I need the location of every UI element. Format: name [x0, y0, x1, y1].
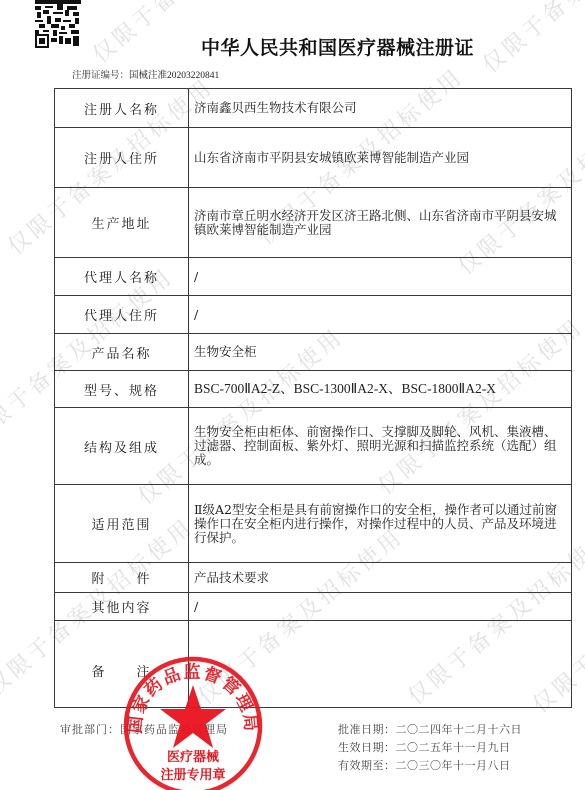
certificate-table: 注册人名称 济南鑫贝西生物技术有限公司 注册人住所 山东省济南市平阴县安城镇欧莱…: [54, 88, 572, 708]
field-label: 附 件: [55, 563, 189, 593]
field-label: 备 注: [55, 621, 189, 708]
field-label: 代理人住所: [55, 296, 189, 334]
field-value: /: [189, 593, 572, 621]
table-row: 附 件 产品技术要求: [55, 563, 572, 593]
document-title: 中华人民共和国医疗器械注册证: [0, 33, 585, 60]
registration-number-label: 注册证编号：: [72, 71, 129, 81]
table-row: 注册人名称 济南鑫贝西生物技术有限公司: [55, 89, 572, 128]
field-value: 生物安全柜: [189, 334, 572, 371]
table-row: 备 注: [55, 621, 572, 708]
effective-date: 生效日期：二〇二五年十一月九日: [338, 739, 522, 757]
date-block: 批准日期：二〇二四年十二月十六日 生效日期：二〇二五年十一月九日 有效期至：二〇…: [338, 721, 522, 775]
field-label: 其他内容: [55, 593, 189, 621]
field-value: 山东省济南市平阴县安城镇欧莱博智能制造产业园: [189, 128, 572, 188]
field-value: /: [189, 258, 572, 296]
field-value: [189, 621, 572, 708]
field-label: 型号、规格: [55, 371, 189, 408]
table-row: 结构及组成 生物安全柜由柜体、前窗操作口、支撑脚及脚轮、风机、集液槽、过滤器、控…: [55, 408, 572, 485]
table-row: 型号、规格 BSC-700ⅡA2-Z、BSC-1300ⅡA2-X、BSC-180…: [55, 371, 572, 408]
field-label: 代理人名称: [55, 258, 189, 296]
field-label: 结构及组成: [55, 408, 189, 485]
approval-department: 审批部门：国家药品监督管理局: [60, 721, 228, 737]
registration-number-value: 国械注准20203220841: [129, 71, 219, 81]
field-value: BSC-700ⅡA2-Z、BSC-1300ⅡA2-X、BSC-1800ⅡA2-X: [189, 371, 572, 408]
field-value: 产品技术要求: [189, 563, 572, 593]
field-label: 适用范围: [55, 485, 189, 563]
field-value: /: [189, 296, 572, 334]
seal-line-2: 注册专用章: [160, 767, 225, 783]
field-label: 生产地址: [55, 188, 189, 258]
field-label: 注册人名称: [55, 89, 189, 128]
table-row: 注册人住所 山东省济南市平阴县安城镇欧莱博智能制造产业园: [55, 128, 572, 188]
approval-date: 批准日期：二〇二四年十二月十六日: [338, 721, 522, 739]
field-value: 济南市章丘明水经济开发区济王路北侧、山东省济南市平阴县安城镇欧莱博智能制造产业园: [189, 188, 572, 258]
registration-number: 注册证编号：国械注准20203220841: [72, 67, 219, 81]
table-row: 产品名称 生物安全柜: [55, 334, 572, 371]
field-label: 产品名称: [55, 334, 189, 371]
field-value: 生物安全柜由柜体、前窗操作口、支撑脚及脚轮、风机、集液槽、过滤器、控制面板、紫外…: [189, 408, 572, 485]
table-row: 代理人名称 /: [55, 258, 572, 296]
table-row: 其他内容 /: [55, 593, 572, 621]
field-value: Ⅱ级A2型安全柜是具有前窗操作口的安全柜，操作者可以通过前窗操作口在安全柜内进行…: [189, 485, 572, 563]
field-label: 注册人住所: [55, 128, 189, 188]
expiry-date: 有效期至：二〇三〇年十一月八日: [338, 757, 522, 775]
seal-line-1: 医疗器械: [167, 749, 220, 765]
table-row: 适用范围 Ⅱ级A2型安全柜是具有前窗操作口的安全柜，操作者可以通过前窗操作口在安…: [55, 485, 572, 563]
table-row: 代理人住所 /: [55, 296, 572, 334]
field-value: 济南鑫贝西生物技术有限公司: [189, 89, 572, 128]
approval-department-value: 国家药品监督管理局: [120, 723, 228, 736]
approval-department-label: 审批部门：: [60, 723, 120, 736]
table-row: 生产地址 济南市章丘明水经济开发区济王路北侧、山东省济南市平阴县安城镇欧莱博智能…: [55, 188, 572, 258]
